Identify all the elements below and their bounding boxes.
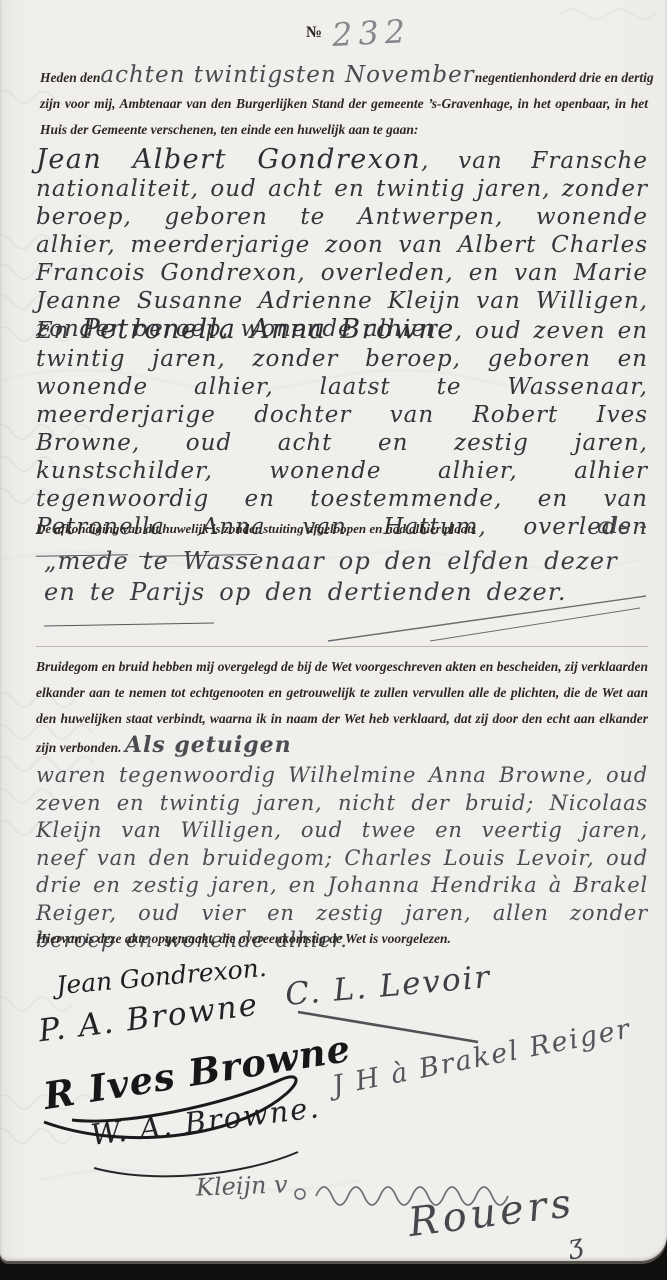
document-page: № 232 Heden den achten twintigsten Novem… — [0, 0, 667, 1261]
scanned-register-page: № 232 Heden den achten twintigsten Novem… — [0, 0, 667, 1280]
signature-flourishes-overlay — [0, 0, 667, 1261]
wa-browne-underline — [94, 1152, 298, 1176]
r-ives-browne-swash — [44, 1077, 296, 1138]
kleijn-wave — [316, 1187, 508, 1205]
kleijn-o-mark — [295, 1189, 305, 1199]
levoir-underline-flourish — [298, 1012, 478, 1042]
